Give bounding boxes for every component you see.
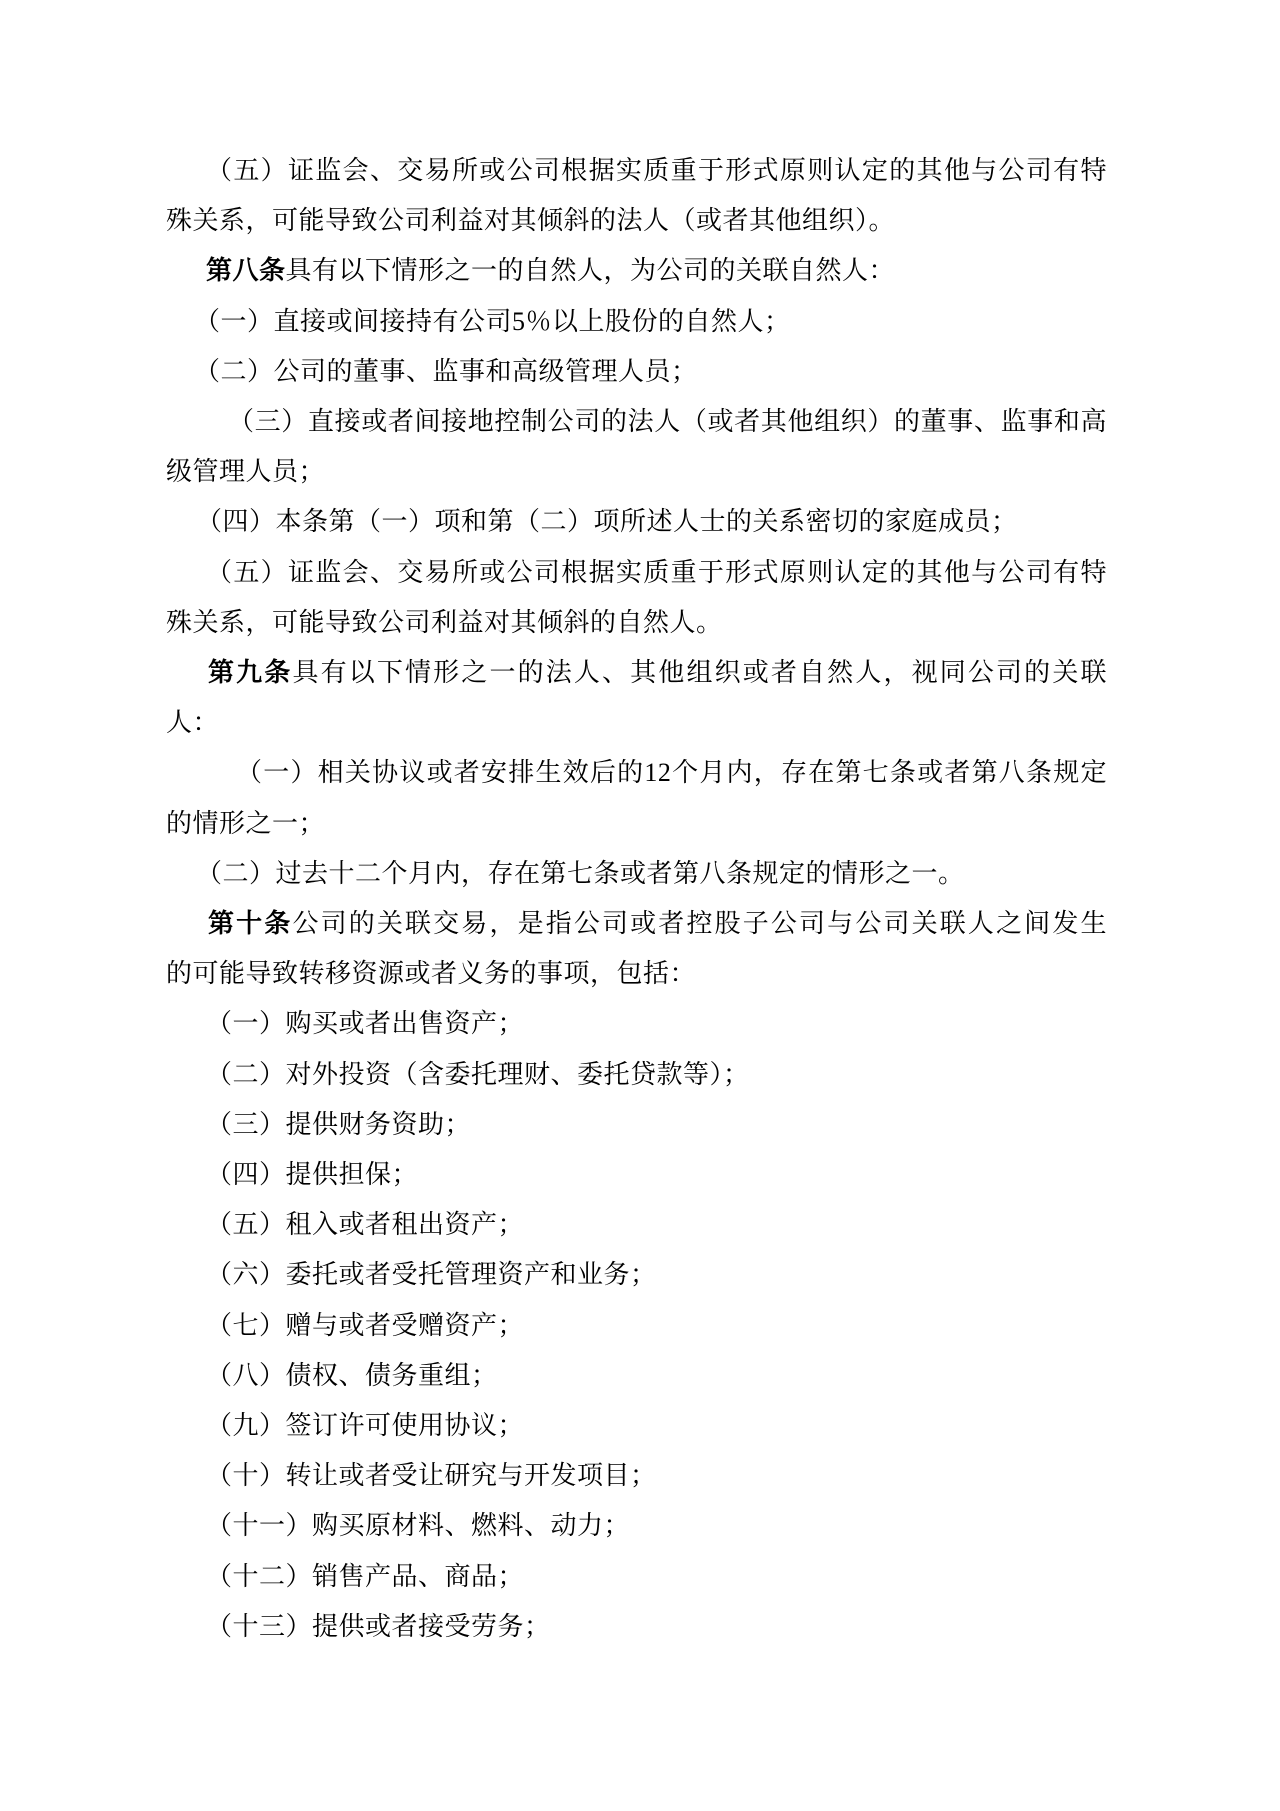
paragraph: （三）直接或者间接地控制公司的法人（或者其他组织）的董事、监事和高级管理人员； — [166, 397, 1107, 497]
text-line: （一）相关协议或者安排生效后的12个月内，存在第七条或者第八条规定 — [166, 748, 1107, 798]
text-line: 殊关系，可能导致公司利益对其倾斜的法人（或者其他组织）。 — [166, 196, 1107, 246]
line-text: （十一）购买原材料、燃料、动力； — [206, 1511, 630, 1540]
article-number: 第十条 — [208, 909, 292, 938]
line-text: （六）委托或者受托管理资产和业务； — [206, 1260, 657, 1289]
text-line: （五）证监会、交易所或公司根据实质重于形式原则认定的其他与公司有特 — [166, 146, 1107, 196]
paragraph: （二）过去十二个月内，存在第七条或者第八条规定的情形之一。 — [166, 849, 1107, 899]
text-line: （四）本条第（一）项和第（二）项所述人士的关系密切的家庭成员； — [166, 497, 1107, 547]
article-number: 第九条 — [208, 658, 292, 687]
paragraph: （五）证监会、交易所或公司根据实质重于形式原则认定的其他与公司有特殊关系，可能导… — [166, 146, 1107, 246]
paragraph: （十）转让或者受让研究与开发项目； — [166, 1451, 1107, 1501]
paragraph: 第九条具有以下情形之一的法人、其他组织或者自然人，视同公司的关联人： — [166, 648, 1107, 748]
text-line: （三）直接或者间接地控制公司的法人（或者其他组织）的董事、监事和高 — [166, 397, 1107, 447]
paragraph: （五）租入或者租出资产； — [166, 1200, 1107, 1250]
paragraph: 第八条具有以下情形之一的自然人，为公司的关联自然人： — [166, 246, 1107, 296]
text-line: （二）公司的董事、监事和高级管理人员； — [166, 347, 1107, 397]
text-line: （二）对外投资（含委托理财、委托贷款等）； — [166, 1050, 1107, 1100]
article-number: 第八条 — [206, 256, 286, 285]
article-line: 第八条具有以下情形之一的自然人，为公司的关联自然人： — [166, 246, 1107, 296]
line-text: （十）转让或者受让研究与开发项目； — [206, 1461, 657, 1490]
paragraph: （十三）提供或者接受劳务； — [166, 1602, 1107, 1652]
line-text: 公司的关联交易，是指公司或者控股子公司与公司关联人之间发生 — [292, 909, 1107, 938]
paragraph: （四）本条第（一）项和第（二）项所述人士的关系密切的家庭成员； — [166, 497, 1107, 547]
paragraph: （四）提供担保； — [166, 1150, 1107, 1200]
text-line: （五）租入或者租出资产； — [166, 1200, 1107, 1250]
paragraph: （五）证监会、交易所或公司根据实质重于形式原则认定的其他与公司有特殊关系，可能导… — [166, 548, 1107, 648]
text-line: （五）证监会、交易所或公司根据实质重于形式原则认定的其他与公司有特 — [166, 548, 1107, 598]
text-line: 的情形之一； — [166, 799, 1107, 849]
line-text: （十二）销售产品、商品； — [206, 1562, 524, 1591]
paragraph: （十二）销售产品、商品； — [166, 1552, 1107, 1602]
paragraph: （八）债权、债务重组； — [166, 1351, 1107, 1401]
paragraph: 第十条公司的关联交易，是指公司或者控股子公司与公司关联人之间发生的可能导致转移资… — [166, 899, 1107, 999]
text-line: 殊关系，可能导致公司利益对其倾斜的自然人。 — [166, 598, 1107, 648]
document-page: （五）证监会、交易所或公司根据实质重于形式原则认定的其他与公司有特殊关系，可能导… — [0, 0, 1280, 1811]
line-text: 的情形之一； — [166, 809, 325, 838]
article-line: 第九条具有以下情形之一的法人、其他组织或者自然人，视同公司的关联 — [166, 648, 1107, 698]
paragraph: （十一）购买原材料、燃料、动力； — [166, 1501, 1107, 1551]
text-line: （十一）购买原材料、燃料、动力； — [166, 1501, 1107, 1551]
text-line: （九）签订许可使用协议； — [166, 1401, 1107, 1451]
text-line: （三）提供财务资助； — [166, 1100, 1107, 1150]
line-text: 殊关系，可能导致公司利益对其倾斜的法人（或者其他组织）。 — [166, 206, 895, 235]
line-text: 的可能导致转移资源或者义务的事项，包括： — [166, 959, 696, 988]
line-text: （九）签订许可使用协议； — [206, 1411, 524, 1440]
line-text: （二）过去十二个月内，存在第七条或者第八条规定的情形之一。 — [196, 859, 965, 888]
line-text: （三）直接或者间接地控制公司的法人（或者其他组织）的董事、监事和高 — [228, 407, 1107, 436]
line-text: 级管理人员； — [166, 457, 325, 486]
text-line: 的可能导致转移资源或者义务的事项，包括： — [166, 949, 1107, 999]
line-text: （二）对外投资（含委托理财、委托贷款等）； — [206, 1060, 750, 1089]
line-text: （四）本条第（一）项和第（二）项所述人士的关系密切的家庭成员； — [196, 507, 1018, 536]
text-line: 级管理人员； — [166, 447, 1107, 497]
text-line: （六）委托或者受托管理资产和业务； — [166, 1250, 1107, 1300]
line-text: （一）直接或间接持有公司5％以上股份的自然人； — [194, 307, 791, 336]
line-text: （十三）提供或者接受劳务； — [206, 1612, 551, 1641]
text-line: （七）赠与或者受赠资产； — [166, 1301, 1107, 1351]
line-text: （五）证监会、交易所或公司根据实质重于形式原则认定的其他与公司有特 — [206, 156, 1107, 185]
line-text: （八）债权、债务重组； — [206, 1361, 498, 1390]
text-line: （八）债权、债务重组； — [166, 1351, 1107, 1401]
paragraph: （一）购买或者出售资产； — [166, 999, 1107, 1049]
line-text: （七）赠与或者受赠资产； — [206, 1311, 524, 1340]
line-text: （二）公司的董事、监事和高级管理人员； — [194, 357, 698, 386]
article-line: 第十条公司的关联交易，是指公司或者控股子公司与公司关联人之间发生 — [166, 899, 1107, 949]
line-text: 殊关系，可能导致公司利益对其倾斜的自然人。 — [166, 608, 723, 637]
text-line: （十）转让或者受让研究与开发项目； — [166, 1451, 1107, 1501]
text-line: （四）提供担保； — [166, 1150, 1107, 1200]
line-text: （一）相关协议或者安排生效后的12个月内，存在第七条或者第八条规定 — [236, 758, 1107, 787]
paragraph: （九）签订许可使用协议； — [166, 1401, 1107, 1451]
paragraph: （六）委托或者受托管理资产和业务； — [166, 1250, 1107, 1300]
paragraph: （三）提供财务资助； — [166, 1100, 1107, 1150]
line-text: （三）提供财务资助； — [206, 1110, 471, 1139]
line-text: （五）租入或者租出资产； — [206, 1210, 524, 1239]
paragraph: （二）公司的董事、监事和高级管理人员； — [166, 347, 1107, 397]
paragraph: （七）赠与或者受赠资产； — [166, 1301, 1107, 1351]
paragraph: （一）相关协议或者安排生效后的12个月内，存在第七条或者第八条规定的情形之一； — [166, 748, 1107, 848]
text-line: 人： — [166, 698, 1107, 748]
line-text: 具有以下情形之一的自然人，为公司的关联自然人： — [286, 256, 896, 285]
line-text: （一）购买或者出售资产； — [206, 1009, 524, 1038]
line-text: （五）证监会、交易所或公司根据实质重于形式原则认定的其他与公司有特 — [206, 558, 1107, 587]
paragraph: （一）直接或间接持有公司5％以上股份的自然人； — [166, 297, 1107, 347]
text-line: （一）购买或者出售资产； — [166, 999, 1107, 1049]
line-text: 具有以下情形之一的法人、其他组织或者自然人，视同公司的关联 — [292, 658, 1107, 687]
line-text: （四）提供担保； — [206, 1160, 418, 1189]
line-text: 人： — [166, 708, 219, 737]
text-line: （二）过去十二个月内，存在第七条或者第八条规定的情形之一。 — [166, 849, 1107, 899]
text-line: （一）直接或间接持有公司5％以上股份的自然人； — [166, 297, 1107, 347]
text-line: （十二）销售产品、商品； — [166, 1552, 1107, 1602]
paragraph: （二）对外投资（含委托理财、委托贷款等）； — [166, 1050, 1107, 1100]
text-line: （十三）提供或者接受劳务； — [166, 1602, 1107, 1652]
